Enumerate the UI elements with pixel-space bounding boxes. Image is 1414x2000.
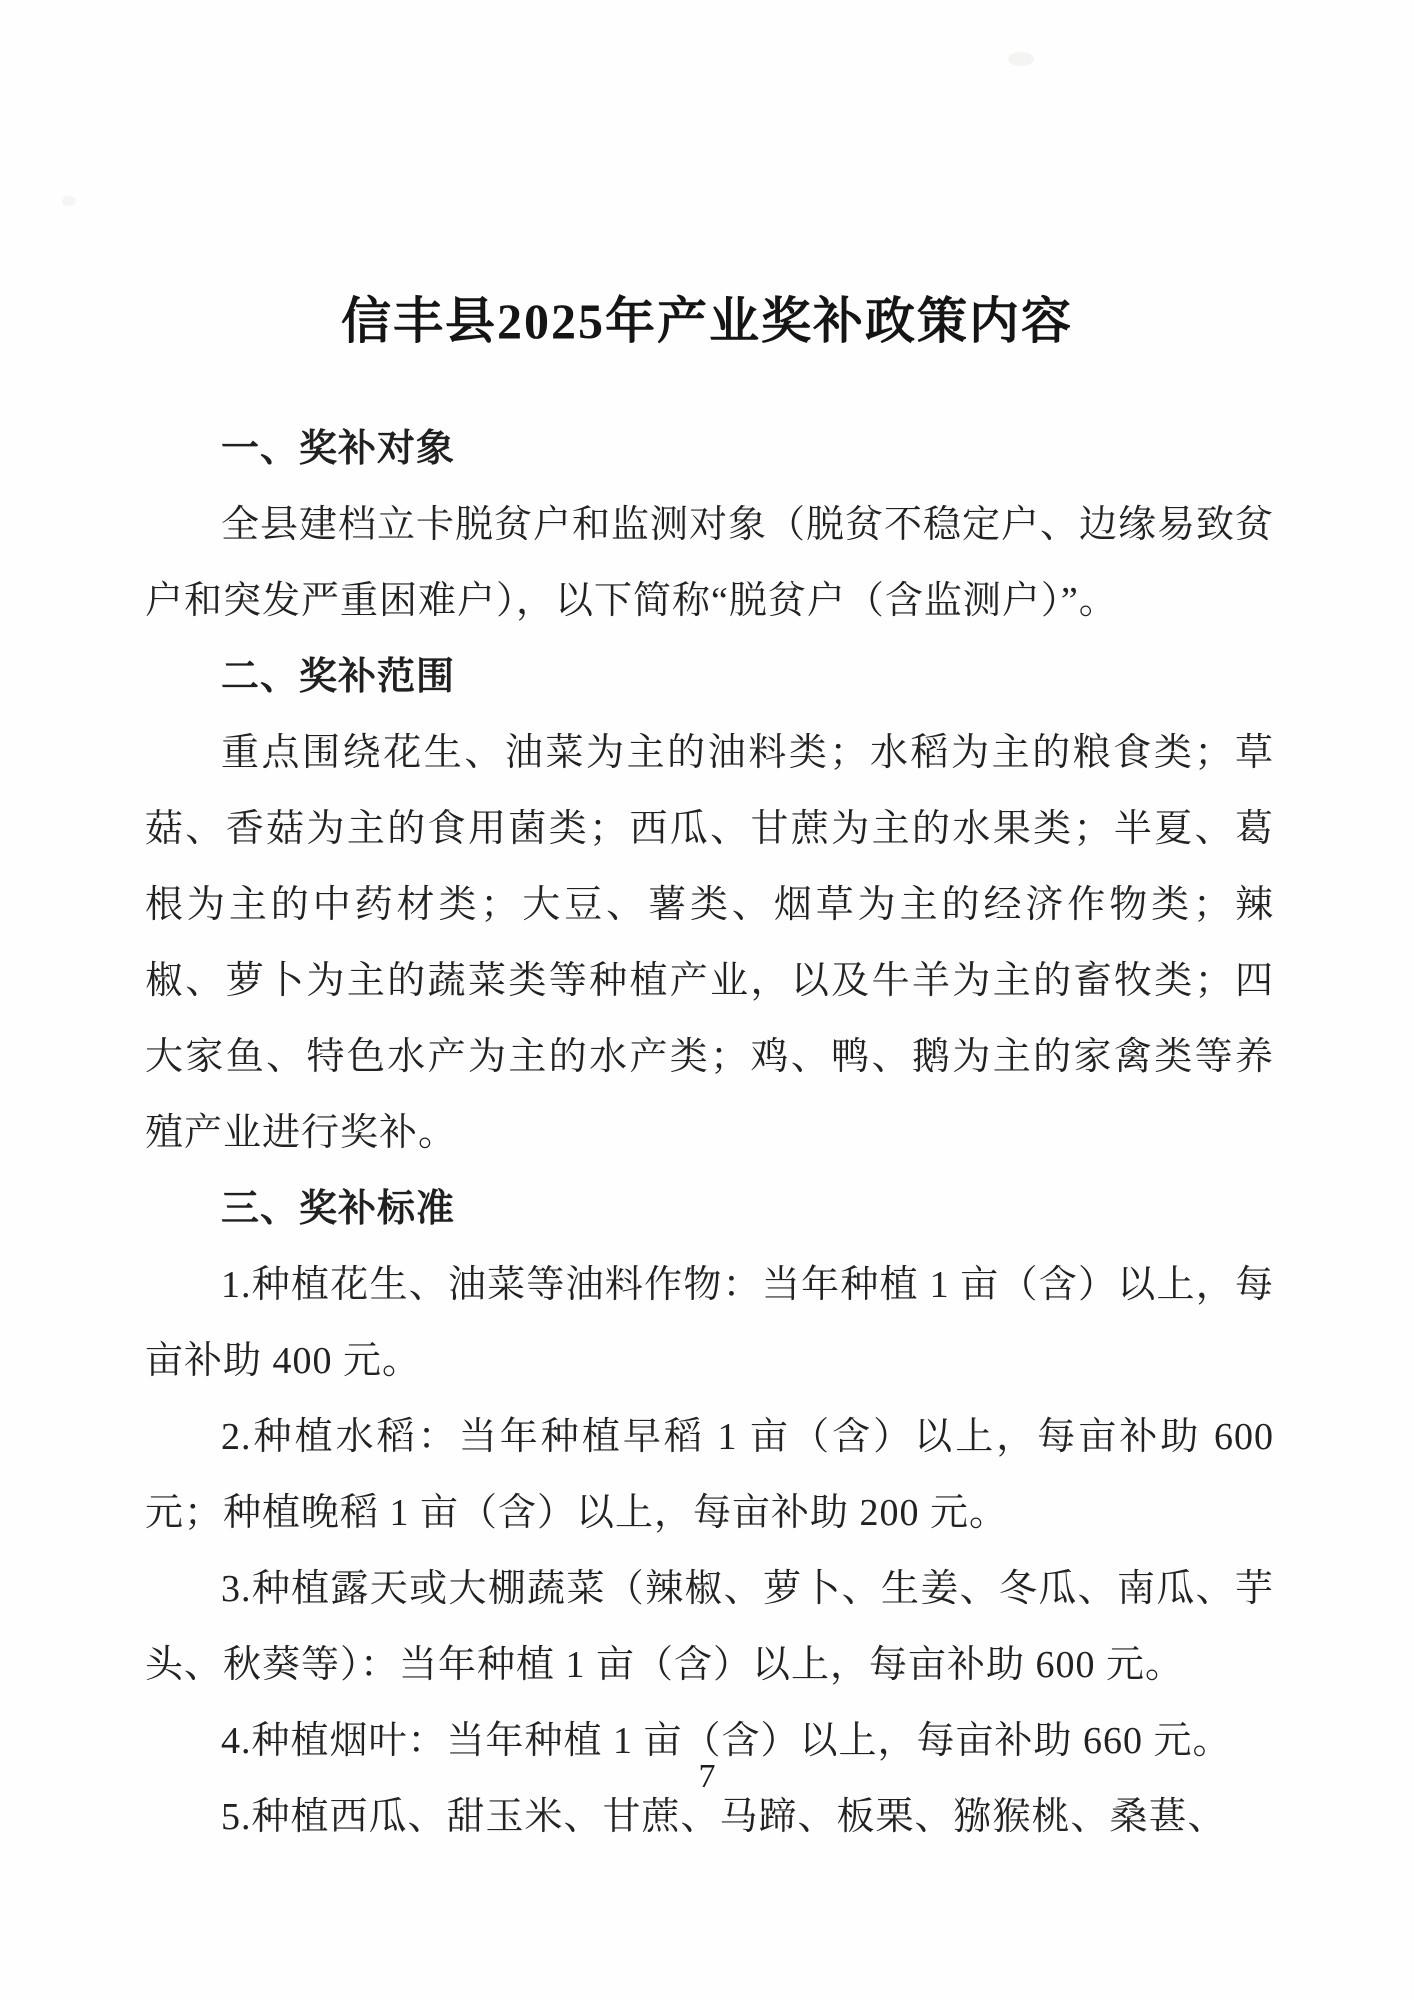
document-title: 信丰县2025年产业奖补政策内容: [0, 0, 1414, 353]
document-body: 一、奖补对象 全县建档立卡脱贫户和监测对象（脱贫不稳定户、边缘易致贫户和突发严重…: [145, 411, 1274, 1855]
paragraph-award-target: 全县建档立卡脱贫户和监测对象（脱贫不稳定户、边缘易致贫户和突发严重困难户），以下…: [145, 487, 1274, 639]
paragraph-standard-item-3: 3.种植露天或大棚蔬菜（辣椒、萝卜、生姜、冬瓜、南瓜、芋头、秋葵等）：当年种植 …: [145, 1551, 1274, 1703]
section-heading-award-standard: 三、奖补标准: [145, 1171, 1274, 1247]
paragraph-standard-item-1: 1.种植花生、油菜等油料作物：当年种植 1 亩（含）以上，每亩补助 400 元。: [145, 1247, 1274, 1399]
scan-artifact: [62, 196, 76, 206]
paragraph-award-scope: 重点围绕花生、油菜为主的油料类；水稻为主的粮食类；草菇、香菇为主的食用菌类；西瓜…: [145, 715, 1274, 1171]
page-number: 7: [0, 1758, 1414, 1796]
scan-artifact: [1008, 52, 1034, 66]
section-heading-award-target: 一、奖补对象: [145, 411, 1274, 487]
document-page: 信丰县2025年产业奖补政策内容 一、奖补对象 全县建档立卡脱贫户和监测对象（脱…: [0, 0, 1414, 2000]
paragraph-standard-item-2: 2.种植水稻：当年种植早稻 1 亩（含）以上，每亩补助 600 元；种植晚稻 1…: [145, 1399, 1274, 1551]
section-heading-award-scope: 二、奖补范围: [145, 639, 1274, 715]
